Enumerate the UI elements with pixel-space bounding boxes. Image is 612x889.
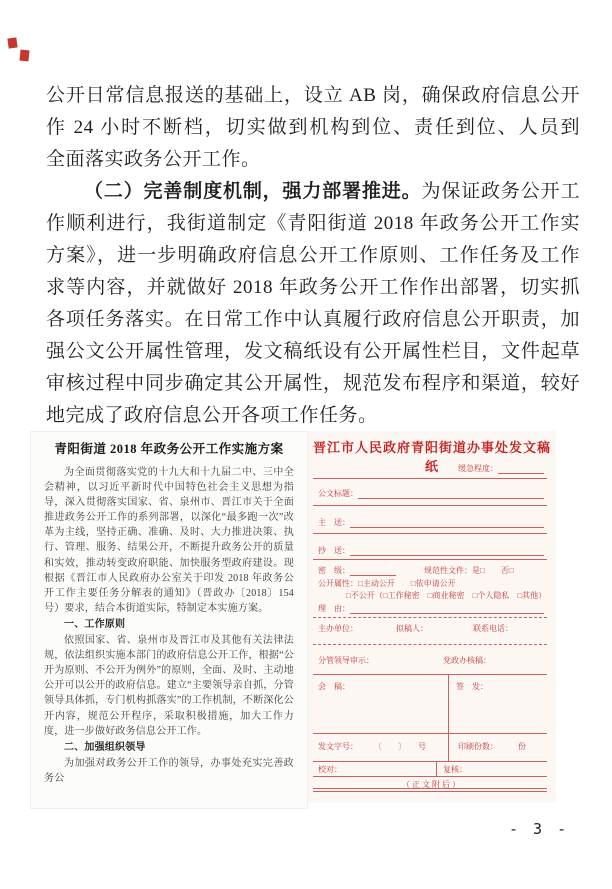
text-line: 审核过程中同步确定其公开属性，规范发布程序和渠道，较好 [46, 368, 580, 400]
copy-send-label: 抄 送： [318, 545, 350, 556]
sign-issue-label: 签 发： [456, 681, 488, 692]
urgency-underline [498, 463, 544, 474]
not-open-options-label: □不公开（□工作秘密 □商业秘密 □个人隐私 □其他） [346, 590, 546, 601]
text-line: 公开日常信息报送的基础上，设立 AB 岗，确保政府信息公开工 [46, 80, 580, 112]
copy-send-row: 抄 送： [318, 542, 544, 556]
doc-title-underline [358, 488, 544, 499]
print-copies-label: 印刷份数： 份 [458, 741, 526, 752]
page-number: - 3 - [509, 820, 569, 838]
plan-paragraph: 为全面贯彻落实党的十九大和十九届二中、三中全会精神，以习近平新时代中国特色社会主… [44, 465, 294, 616]
section-heading-bold: （二）完善制度机制，强力部署推进。 [84, 181, 422, 202]
text-line: 作 24 小时不断档，切实做到机构到位、责任到位、人员到位， [46, 112, 580, 144]
red-registration-mark [19, 50, 29, 62]
red-registration-mark [7, 37, 17, 48]
plan-heading-2: 二、加强组织领导 [44, 740, 294, 755]
form-rule [313, 533, 547, 534]
joint-draft-label: 会 稿： [318, 681, 350, 692]
plan-title: 青阳街道 2018 年政务公开工作实施方案 [31, 439, 307, 457]
drafter-label: 拟稿人： [396, 623, 428, 634]
text-segment: 为保证政务公开工 [422, 181, 580, 202]
doc-number-label: 发文字号： 〔 〕 号 [318, 741, 426, 752]
form-rule [313, 559, 547, 560]
secrecy-label: 密 级： [318, 565, 350, 576]
form-vertical-divider [436, 761, 437, 776]
main-send-label: 主 送： [318, 517, 350, 528]
text-line: （二）完善制度机制，强力部署推进。为保证政务公开工 [46, 176, 580, 208]
secrecy-underline [350, 565, 396, 576]
embedded-implementation-plan-scan: 青阳街道 2018 年政务公开工作实施方案 为全面贯彻落实党的十九大和十九届二中… [30, 431, 308, 809]
secrecy-row: 密 级：规范性文件：是□ 否□ [318, 564, 544, 576]
copy-send-underline [350, 545, 544, 556]
text-line: 全面落实政务公开工作。 [46, 144, 580, 176]
doc-title-label: 公文标题： [318, 488, 358, 499]
proofread-label: 校对： [318, 764, 342, 775]
reason-row: 理 由： [318, 602, 544, 614]
reason-underline [350, 603, 544, 614]
form-rule [313, 776, 547, 777]
form-rule [313, 478, 547, 479]
form-rule [313, 674, 547, 675]
plan-body: 为全面贯彻落实党的十九大和十九届二中、三中全会精神，以习近平新时代中国特色社会主… [44, 465, 294, 786]
doc-title-row: 公文标题： [318, 485, 544, 499]
form-rule [313, 788, 547, 789]
plan-paragraph: 为加强对政务公开工作的领导，办事处充实完善政务公 [44, 756, 294, 786]
recheck-label: 复核： [443, 764, 467, 775]
main-send-row: 主 送： [318, 514, 544, 528]
form-dashed-rule [313, 644, 547, 645]
plan-paragraph: 依照国家、省、泉州市及晋江市及其他有关法律法规，依法组织实施本部门的政府信息公开… [44, 633, 294, 739]
main-text-block: 公开日常信息报送的基础上，设立 AB 岗，确保政府信息公开工 作 24 小时不断… [46, 80, 580, 432]
phone-label: 联系电话： [473, 623, 513, 634]
form-vertical-divider [448, 733, 449, 761]
reason-label: 理 由： [318, 603, 350, 614]
form-rule [313, 791, 547, 792]
normative-file-label: 规范性文件：是□ 否□ [424, 565, 514, 576]
text-line: 作顺利进行，我街道制定《青阳街道 2018 年政务公开工作实施 [46, 208, 580, 240]
text-line: 强公文公开属性管理，发文稿纸设有公开属性栏目，文件起草 [46, 336, 580, 368]
open-attribute-row2: □不公开（□工作秘密 □商业秘密 □个人隐私 □其他） [346, 589, 544, 601]
form-rule [313, 761, 547, 762]
text-line: 地完成了政府信息公开各项工作任务。 [46, 400, 580, 432]
host-unit-label: 主办单位： [318, 623, 358, 634]
open-attribute-row: 公开属性：□主动公开 □依申请公开 [318, 577, 544, 589]
leader-review-label: 分管领导审示： [318, 655, 374, 666]
form-vertical-divider [448, 674, 449, 733]
document-page: 公开日常信息报送的基础上，设立 AB 岗，确保政府信息公开工 作 24 小时不断… [0, 0, 612, 889]
urgency-row: 缓急程度： [458, 461, 544, 474]
embedded-letterhead-form-scan: 晋江市人民政府青阳街道办事处发文稿纸 缓急程度： 公文标题： 主 送： 抄 送：… [308, 431, 556, 803]
urgency-label: 缓急程度： [458, 463, 498, 474]
form-rule [313, 505, 547, 506]
form-dashed-rule [313, 617, 547, 618]
office-check-label: 党政办核稿： [443, 655, 491, 666]
plan-heading-1: 一、工作原则 [44, 617, 294, 632]
main-send-underline [350, 517, 544, 528]
form-rule [313, 733, 547, 734]
text-line: 求等内容，并就做好 2018 年政务公开工作作出部署，切实抓好 [46, 272, 580, 304]
text-line: 方案》，进一步明确政府信息公开工作原则、工作任务及工作要 [46, 240, 580, 272]
text-line: 各项任务落实。在日常工作中认真履行政府信息公开职责，加 [46, 304, 580, 336]
open-attribute-label: 公开属性：□主动公开 □依申请公开 [318, 578, 456, 589]
